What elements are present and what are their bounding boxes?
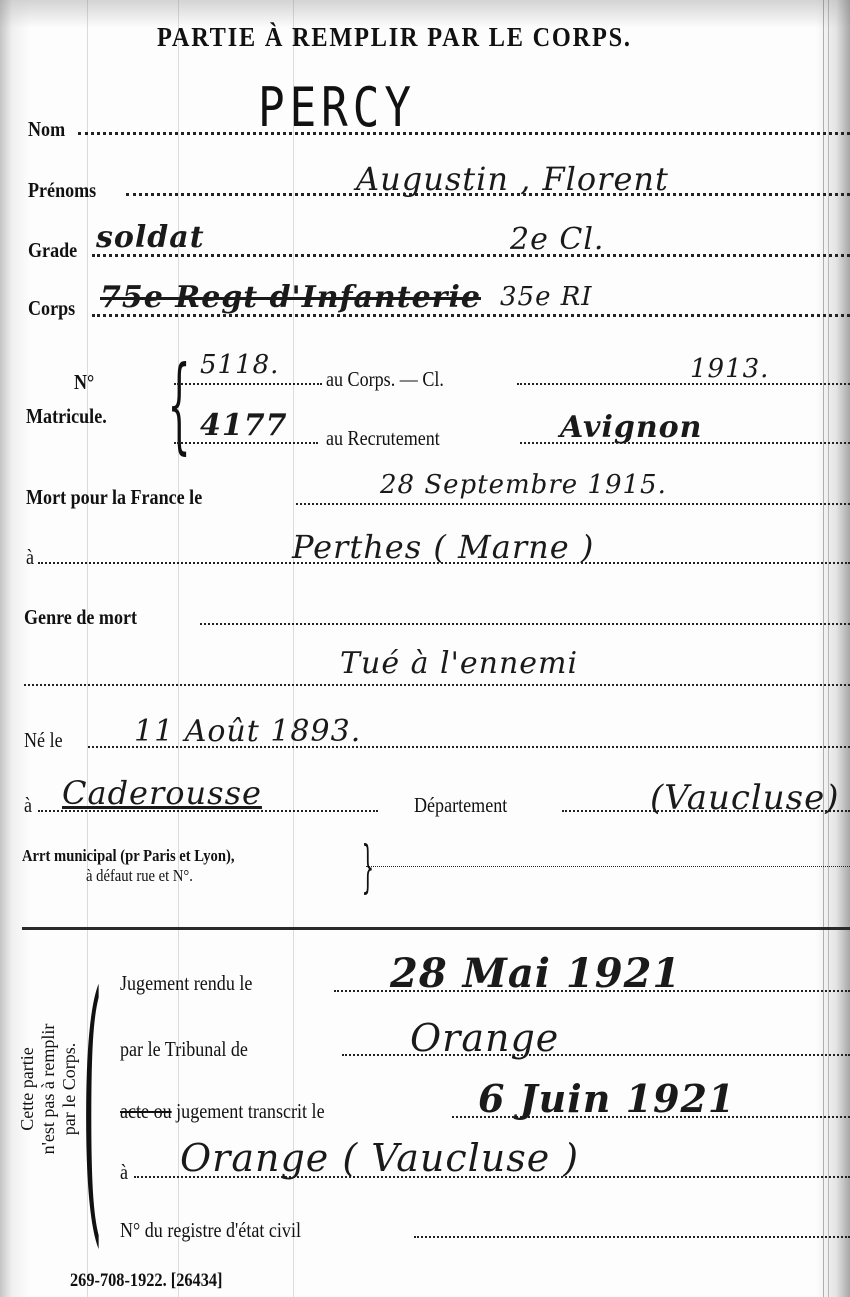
transcrit-label-struck: acte ou bbox=[120, 1099, 172, 1123]
mort-date-value: 28 Septembre 1915. bbox=[380, 470, 667, 500]
transcrit-value: 6 Juin 1921 bbox=[478, 1076, 735, 1121]
grade-dotted-line bbox=[92, 254, 850, 257]
mort-date-label: Mort pour la France le bbox=[26, 485, 202, 510]
mort-lieu-value: Perthes ( Marne ) bbox=[292, 528, 594, 566]
genre-de-mort-dotted-line bbox=[200, 623, 850, 625]
arrondissement-label-line1: Arrt municipal (pr Paris et Lyon), bbox=[22, 846, 235, 866]
side-note-brace: ( bbox=[82, 960, 102, 1250]
departement-value: (Vaucluse) bbox=[650, 778, 840, 818]
matricule-recrutement-number: 4177 bbox=[200, 408, 288, 443]
genre-de-mort-value: Tué à l'ennemi bbox=[340, 646, 578, 681]
prenoms-value: Augustin , Florent bbox=[356, 160, 669, 198]
departement-label: Département bbox=[414, 793, 507, 818]
matricule-corps-dotted-line bbox=[174, 383, 322, 385]
grade-value: soldat bbox=[96, 220, 205, 255]
registre-label: N° du registre d'état civil bbox=[120, 1218, 301, 1243]
arrondissement-label-line2: à défaut rue et N°. bbox=[86, 866, 193, 886]
document-header: PARTIE À REMPLIR PAR LE CORPS. bbox=[157, 22, 632, 53]
ne-a-value: Caderousse bbox=[62, 774, 262, 812]
side-note-line1: Cette partie bbox=[17, 994, 38, 1184]
side-note: Cette partie n'est pas à remplir par le … bbox=[17, 994, 83, 1184]
matricule-recrutement-label: au Recrutement bbox=[326, 426, 440, 451]
mort-lieu-label: à bbox=[26, 545, 34, 570]
transcription-lieu-value: Orange ( Vaucluse ) bbox=[180, 1136, 579, 1180]
nom-value: PERCY bbox=[258, 76, 416, 139]
section-separator bbox=[22, 927, 850, 930]
corps-correction: 35e RI bbox=[500, 282, 593, 312]
classe-value: 1913. bbox=[690, 354, 769, 384]
matricule-brace: { bbox=[168, 352, 191, 456]
jugement-rendu-value: 28 Mai 1921 bbox=[390, 950, 681, 997]
transcrit-label: acte ou jugement transcrit le bbox=[120, 1099, 325, 1124]
matricule-label-no: N° bbox=[74, 370, 94, 395]
corps-value: 75e Regt d'Infanterie bbox=[100, 280, 481, 315]
grade-class: 2e Cl. bbox=[510, 222, 604, 257]
jugement-rendu-label: Jugement rendu le bbox=[120, 971, 252, 996]
tribunal-value: Orange bbox=[410, 1016, 559, 1060]
prenoms-label: Prénoms bbox=[28, 178, 96, 203]
side-note-line3: par le Corps. bbox=[59, 994, 80, 1184]
footer-reference: 269-708-1922. [26434] bbox=[70, 1270, 222, 1292]
grade-label: Grade bbox=[28, 238, 77, 263]
mort-date-dotted-line bbox=[296, 503, 850, 505]
transcription-lieu-label: à bbox=[120, 1160, 128, 1185]
matricule-corps-number: 5118. bbox=[200, 350, 279, 380]
matricule-corps-label: au Corps. — Cl. bbox=[326, 367, 444, 392]
arrondissement-brace: } bbox=[362, 840, 374, 896]
genre-de-mort-dotted-line-2 bbox=[24, 684, 850, 686]
classe-dotted-line bbox=[517, 383, 850, 385]
arrondissement-dotted-line bbox=[366, 866, 850, 867]
transcrit-label-text: jugement transcrit le bbox=[176, 1099, 324, 1123]
nom-label: Nom bbox=[28, 117, 65, 142]
ne-le-value: 11 Août 1893. bbox=[134, 714, 361, 749]
ne-le-label: Né le bbox=[24, 728, 63, 753]
side-note-line2: n'est pas à remplir bbox=[38, 994, 59, 1184]
genre-de-mort-label: Genre de mort bbox=[24, 605, 137, 630]
matricule-label: Matricule. bbox=[26, 404, 107, 429]
tribunal-label: par le Tribunal de bbox=[120, 1037, 248, 1062]
recrutement-place: Avignon bbox=[560, 410, 703, 445]
corps-label: Corps bbox=[28, 296, 75, 321]
nom-dotted-line bbox=[78, 132, 850, 135]
ne-a-label: à bbox=[24, 793, 32, 818]
registre-dotted-line bbox=[414, 1236, 850, 1238]
